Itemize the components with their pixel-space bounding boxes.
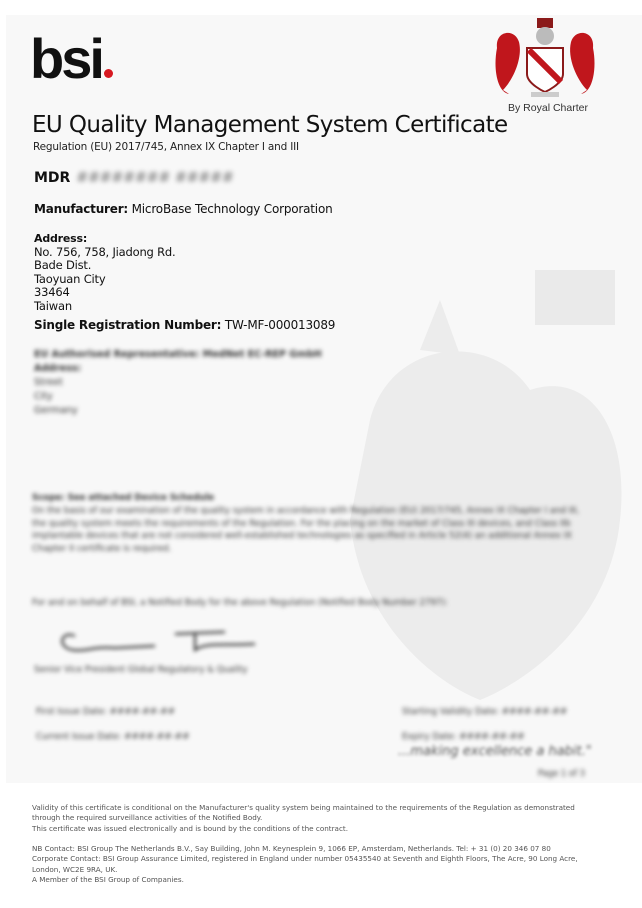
footer-line: Validity of this certificate is conditio… xyxy=(32,803,632,813)
notified-body-statement: For and on behalf of BSI, a Notified Bod… xyxy=(32,598,448,608)
address-line: Taiwan xyxy=(34,300,175,314)
page-number: Page 1 of 3 xyxy=(538,768,585,778)
scope-section: Scope: See attached Device Schedule On t… xyxy=(32,492,592,556)
signature xyxy=(55,628,295,658)
validity-footer: Validity of this certificate is conditio… xyxy=(32,803,632,834)
footer-line: London, WC2E 9RA, UK. xyxy=(32,865,632,875)
ar-address-line: Street xyxy=(34,376,322,390)
ar-name: EU Authorised Representative: MedNet EC-… xyxy=(34,348,322,362)
tagline: ...making excellence a habit." xyxy=(398,744,592,759)
certificate-title: EU Quality Management System Certificate xyxy=(32,112,508,138)
authorised-representative: EU Authorised Representative: MedNet EC-… xyxy=(34,348,322,418)
royal-crest-icon xyxy=(493,18,597,100)
contact-footer: NB Contact: BSI Group The Netherlands B.… xyxy=(32,844,632,886)
address-line: 33464 xyxy=(34,286,175,300)
current-issue-date: Current Issue Date: ####-##-## xyxy=(36,725,189,750)
manufacturer-address: Address: No. 756, 758, Jiadong Rd. Bade … xyxy=(34,232,175,314)
ar-address-label: Address: xyxy=(34,362,322,376)
srn-value: TW-MF-000013089 xyxy=(225,318,335,332)
manufacturer-label: Manufacturer: xyxy=(34,202,128,216)
crest-caption: By Royal Charter xyxy=(500,102,596,114)
manufacturer-name: MicroBase Technology Corporation xyxy=(132,202,333,216)
address-line: Taoyuan City xyxy=(34,273,175,287)
address-line: No. 756, 758, Jiadong Rd. xyxy=(34,246,175,260)
footer-line: A Member of the BSI Group of Companies. xyxy=(32,875,632,885)
footer-line: through the required surveillance activi… xyxy=(32,813,632,823)
single-registration-number: Single Registration Number: TW-MF-000013… xyxy=(34,318,335,332)
mdr-number-redacted: ######## ##### xyxy=(76,170,233,186)
starting-validity-date: Starting Validity Date: ####-##-## xyxy=(402,700,567,725)
address-line: Bade Dist. xyxy=(34,259,175,273)
address-label: Address: xyxy=(34,232,175,246)
issue-dates: First Issue Date: ####-##-## Current Iss… xyxy=(36,700,189,750)
mdr-label: MDR xyxy=(34,170,70,186)
first-issue-date: First Issue Date: ####-##-## xyxy=(36,700,189,725)
footer-line: NB Contact: BSI Group The Netherlands B.… xyxy=(32,844,632,854)
srn-label: Single Registration Number: xyxy=(34,318,221,332)
regulation-subtitle: Regulation (EU) 2017/745, Annex IX Chapt… xyxy=(33,141,299,153)
footer-line: This certificate was issued electronical… xyxy=(32,824,632,834)
ar-address-line: City xyxy=(34,390,322,404)
manufacturer: Manufacturer: MicroBase Technology Corpo… xyxy=(34,202,333,216)
crest-watermark xyxy=(330,260,642,720)
footer-line: Corporate Contact: BSI Group Assurance L… xyxy=(32,854,632,864)
mdr-number: MDR######## ##### xyxy=(34,170,234,186)
scope-text: On the basis of our examination of the q… xyxy=(32,505,592,556)
scope-label: Scope: See attached Device Schedule xyxy=(32,492,592,505)
ar-address-line: Germany xyxy=(34,404,322,418)
signer-title: Senior Vice President Global Regulatory … xyxy=(34,665,247,675)
logo-red-dot xyxy=(104,69,113,78)
bsi-logo: bsi xyxy=(30,34,113,84)
validity-dates: Starting Validity Date: ####-##-## Expir… xyxy=(402,700,567,750)
